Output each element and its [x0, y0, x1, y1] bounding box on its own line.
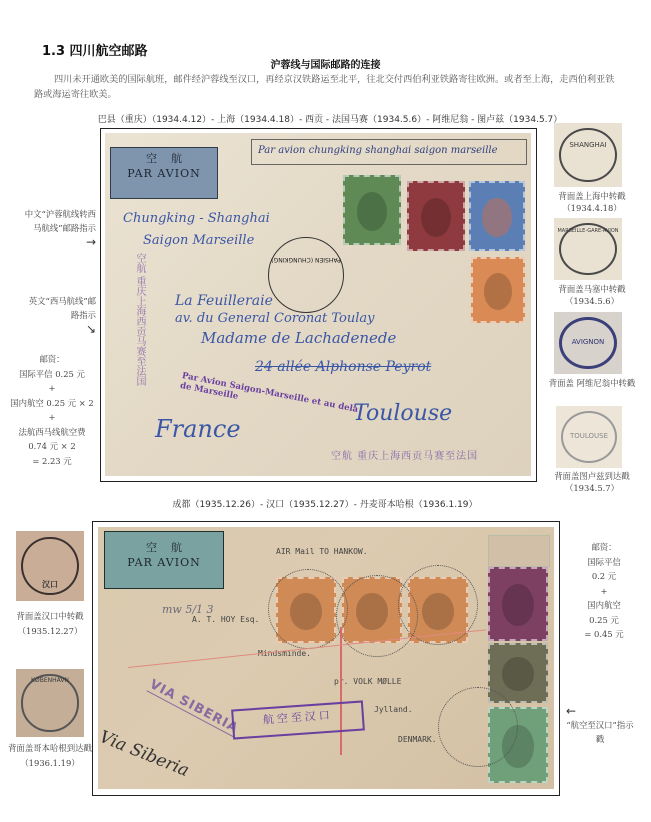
air-to-hankou-chop: 航空至汉口	[231, 700, 365, 739]
backstamp-copenhagen: KØBENHAVN	[16, 669, 84, 737]
registration-label	[488, 535, 550, 567]
cover1-postmark: PAHSIEN (CHUNGKING)	[268, 237, 344, 313]
backstamp-marseille: MARSEILLE-GARE-AVION	[554, 218, 622, 280]
backstamp-toulouse-caption: 背面盖图卢兹到达戳 （1934.5.7）	[534, 470, 650, 494]
arrow-right-icon: →	[86, 235, 96, 249]
cover1-airmail-label: 空航 PAR AVION	[110, 147, 218, 199]
stamp-red	[407, 181, 465, 251]
arrow-left-icon: ←	[566, 704, 634, 718]
intro-paragraph: 四川未开通欧美的国际航班，邮件经沪蓉线至汉口，再经京汉铁路运至北平，往北交付西伯…	[34, 72, 620, 102]
backstamp-toulouse: TOULOUSE	[556, 406, 622, 468]
cover1-horizontal-chop: 空航 重庆上海西贡马赛至法国	[331, 447, 478, 462]
postmark-3	[398, 565, 478, 645]
backstamp-shanghai: SHANGHAI	[554, 123, 622, 187]
stamp-blue	[469, 181, 525, 251]
cover2-airmail-label: 空航 PAR AVION	[104, 531, 224, 589]
cover1-postage-note: 邮资： 国际平信 0.25 元 + 国内航空 0.25 元 × 2 + 法航西马…	[6, 352, 98, 468]
cover1-vertical-chop: 空航 重庆上海西贡马赛至法国	[117, 253, 147, 443]
cover2-envelope: 空航 PAR AVION AIR Mail TO HANKOW. mw 5/1 …	[98, 527, 554, 789]
cover1-frame: 空航 PAR AVION Par avion chungking shangha…	[100, 128, 537, 482]
cover1-note-english-route: 英文“西马航线”邮路指示 ↘	[22, 294, 96, 337]
cover2-air-to-hankou-note: ← “航空至汉口”指示戳	[566, 704, 634, 746]
stamp-orange	[471, 257, 525, 323]
backstamp-avignon-caption: 背面盖 阿维尼翁中转戳	[536, 377, 648, 389]
backstamp-hankou: 汉口	[16, 531, 84, 601]
cover2-frame: 空航 PAR AVION AIR Mail TO HANKOW. mw 5/1 …	[92, 521, 560, 796]
arrow-down-right-icon: ↘	[86, 322, 96, 336]
cover2-postage-note: 邮资： 国际平信 0.2 元 + 国内航空 0.25 元 = 0.45 元	[566, 540, 642, 642]
backstamp-shanghai-caption: 背面盖上海中转戳 （1934.4.18）	[536, 190, 648, 214]
backstamp-copenhagen-caption: 背面盖哥本哈根到达戳 （1936.1.19）	[4, 741, 96, 771]
cover1-note-chinese-route: 中文“沪蓉航线转西马航线”邮路指示 →	[22, 207, 96, 250]
postmark-4	[438, 687, 518, 767]
red-line-vertical	[340, 627, 342, 755]
cover2-route: 成都（1935.12.26）- 汉口（1935.12.27）- 丹麦哥本哈根（1…	[60, 497, 590, 510]
backstamp-marseille-caption: 背面盖马塞中转戳 （1934.5.6）	[536, 283, 648, 307]
cover1-route: 巴县（重庆）（1934.4.12）- 上海（1934.4.18）- 西贡 - 法…	[60, 112, 600, 125]
backstamp-hankou-caption: 背面盖汉口中转戳 （1935.12.27）	[4, 609, 96, 639]
cover1-route-instruction-box: Par avion chungking shanghai saigon mars…	[251, 139, 527, 165]
backstamp-avignon: AVIGNON	[554, 312, 622, 374]
subtitle: 沪蓉线与国际邮路的连接	[0, 56, 651, 71]
stamp-purple	[488, 567, 548, 641]
stamp-green	[343, 175, 401, 245]
cover1-envelope: 空航 PAR AVION Par avion chungking shangha…	[105, 133, 531, 476]
